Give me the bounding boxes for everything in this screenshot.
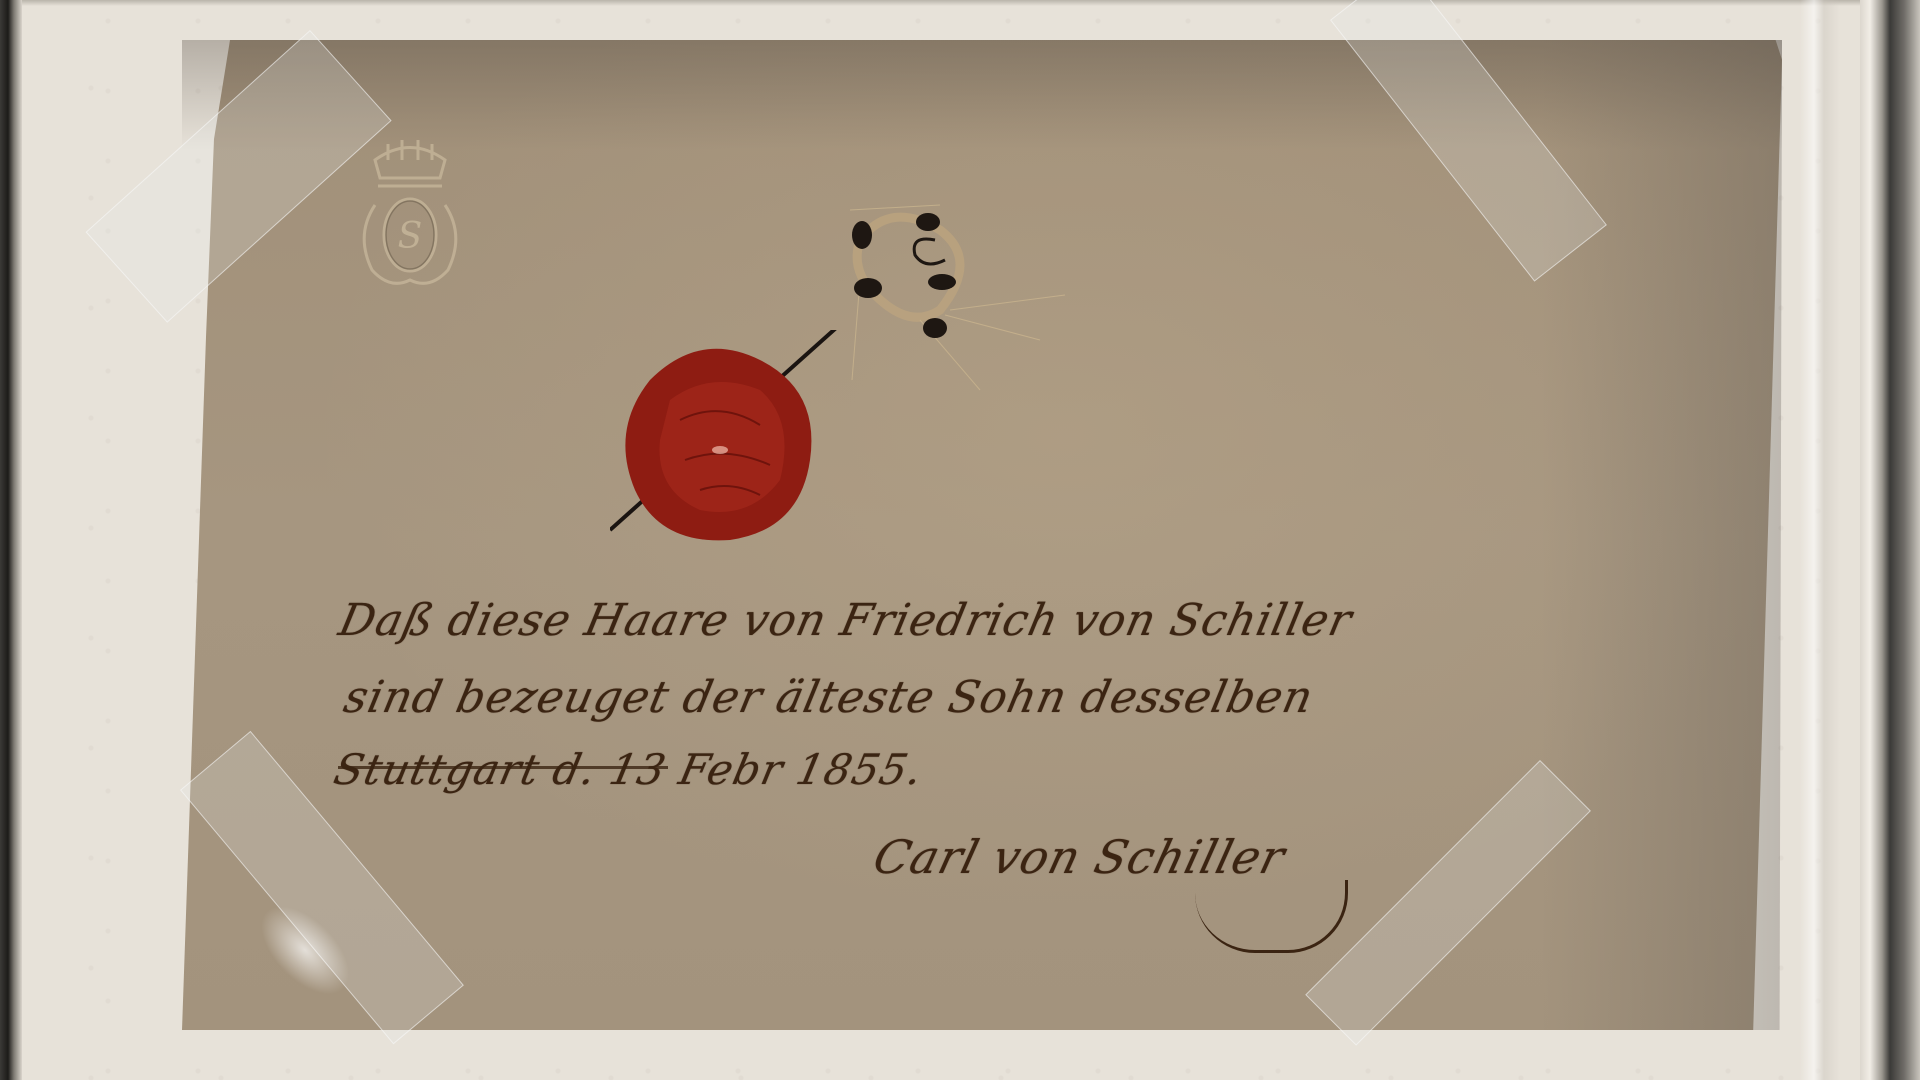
- crest-monogram: S: [398, 216, 423, 257]
- wax-seal-icon: [610, 330, 850, 560]
- place-underline-stroke: [338, 766, 668, 769]
- crest-emboss-icon: S: [350, 130, 470, 300]
- hair-lock-icon: [830, 200, 1070, 400]
- frame-edge-left: [0, 0, 22, 1080]
- document-text-line-3: Stuttgart d. 13 Febr 1855.: [330, 745, 928, 794]
- frame-edge-top: [0, 0, 1920, 6]
- mat-bevel: [1800, 0, 1840, 1080]
- document-text-line-2: sind bezeuget der älteste Sohn desselben: [340, 672, 1318, 723]
- document-text-line-1: Daß diese Haare von Friedrich von Schill…: [335, 595, 1357, 646]
- signature: Carl von Schiller: [868, 830, 1291, 884]
- frame-edge-right: [1860, 0, 1920, 1080]
